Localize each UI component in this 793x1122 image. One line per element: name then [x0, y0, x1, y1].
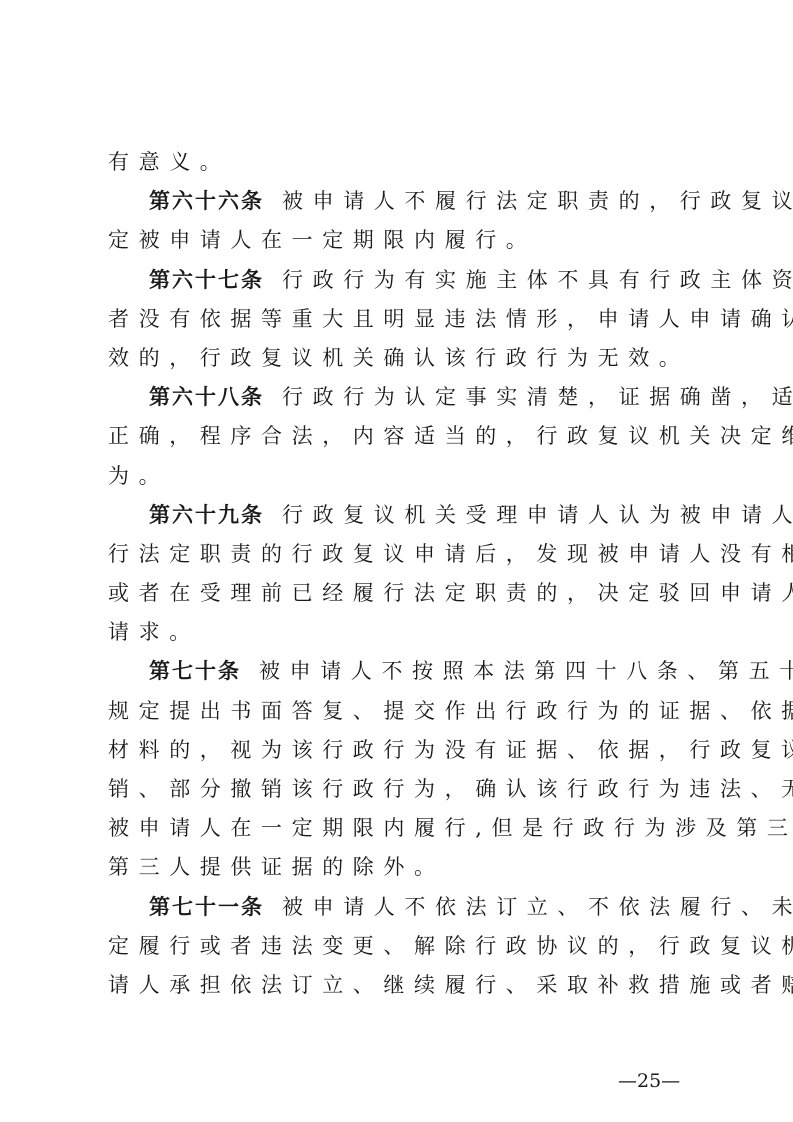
text-line: 者没有依据等重大且明显违法情形，申请人申请确认行政行为无 [108, 300, 694, 339]
text-line: 材料的，视为该行政行为没有证据、依据，行政复议机关决定撤 [108, 731, 694, 770]
text-line: 效的，行政复议机关确认该行政行为无效。 [108, 339, 694, 378]
article-heading: 第六十九条 [149, 503, 264, 527]
text-line: 为。 [108, 457, 694, 496]
text-line: 销、部分撤销该行政行为，确认该行政行为违法、无效或者决定 [108, 770, 694, 809]
text-line: 被申请人不依法订立、不依法履行、未按照约 [282, 895, 793, 919]
page-number: —25— [618, 1070, 680, 1092]
text-line: 被申请人不按照本法第四十八条、第五十四条的 [259, 659, 793, 683]
article-heading: 第六十八条 [149, 385, 264, 409]
article-66: 第六十六条被申请人不履行法定职责的，行政复议机关决 定被申请人在一定期限内履行。 [108, 182, 694, 260]
article-67: 第六十七条行政行为有实施主体不具有行政主体资格或 者没有依据等重大且明显违法情形… [108, 261, 694, 379]
text-line: 有意义。 [108, 143, 694, 182]
text-line: 被申请人不履行法定职责的，行政复议机关决 [282, 189, 793, 213]
article-heading: 第六十六条 [149, 189, 264, 213]
text-line: 规定提出书面答复、提交作出行政行为的证据、依据和其他有关 [108, 692, 694, 731]
article-heading: 第七十条 [149, 659, 241, 683]
text-line: 行法定职责的行政复议申请后，发现被申请人没有相应法定职责 [108, 535, 694, 574]
text-line: 定被申请人在一定期限内履行。 [108, 221, 694, 260]
text-line: 请人承担依法订立、继续履行、采取补救措施或者赔偿损失等责 [108, 966, 694, 1005]
text-line: 请求。 [108, 613, 694, 652]
text-line: 定履行或者违法变更、解除行政协议的，行政复议机关决定被申 [108, 927, 694, 966]
article-heading: 第七十一条 [149, 895, 264, 919]
article-69: 第六十九条行政复议机关受理申请人认为被申请人不履 行法定职责的行政复议申请后，发… [108, 496, 694, 653]
article-70: 第七十条被申请人不按照本法第四十八条、第五十四条的 规定提出书面答复、提交作出行… [108, 652, 694, 887]
article-71: 第七十一条被申请人不依法订立、不依法履行、未按照约 定履行或者违法变更、解除行政… [108, 888, 694, 1006]
text-line: 第三人提供证据的除外。 [108, 848, 694, 887]
text-line: 行政行为认定事实清楚，证据确凿，适用依据 [282, 385, 793, 409]
text-line: 行政复议机关受理申请人认为被申请人不履 [282, 503, 793, 527]
text-line: 正确，程序合法，内容适当的，行政复议机关决定维持该行政行 [108, 417, 694, 456]
article-68: 第六十八条行政行为认定事实清楚，证据确凿，适用依据 正确，程序合法，内容适当的，… [108, 378, 694, 496]
text-line: 被申请人在一定期限内履行,但是行政行为涉及第三人合法权益， [108, 809, 694, 848]
text-line: 行政行为有实施主体不具有行政主体资格或 [282, 268, 793, 292]
text-line: 或者在受理前已经履行法定职责的，决定驳回申请人的行政复议 [108, 574, 694, 613]
document-page: 有意义。 第六十六条被申请人不履行法定职责的，行政复议机关决 定被申请人在一定期… [108, 143, 694, 1005]
paragraph-continuation: 有意义。 [108, 143, 694, 182]
article-heading: 第六十七条 [149, 268, 264, 292]
